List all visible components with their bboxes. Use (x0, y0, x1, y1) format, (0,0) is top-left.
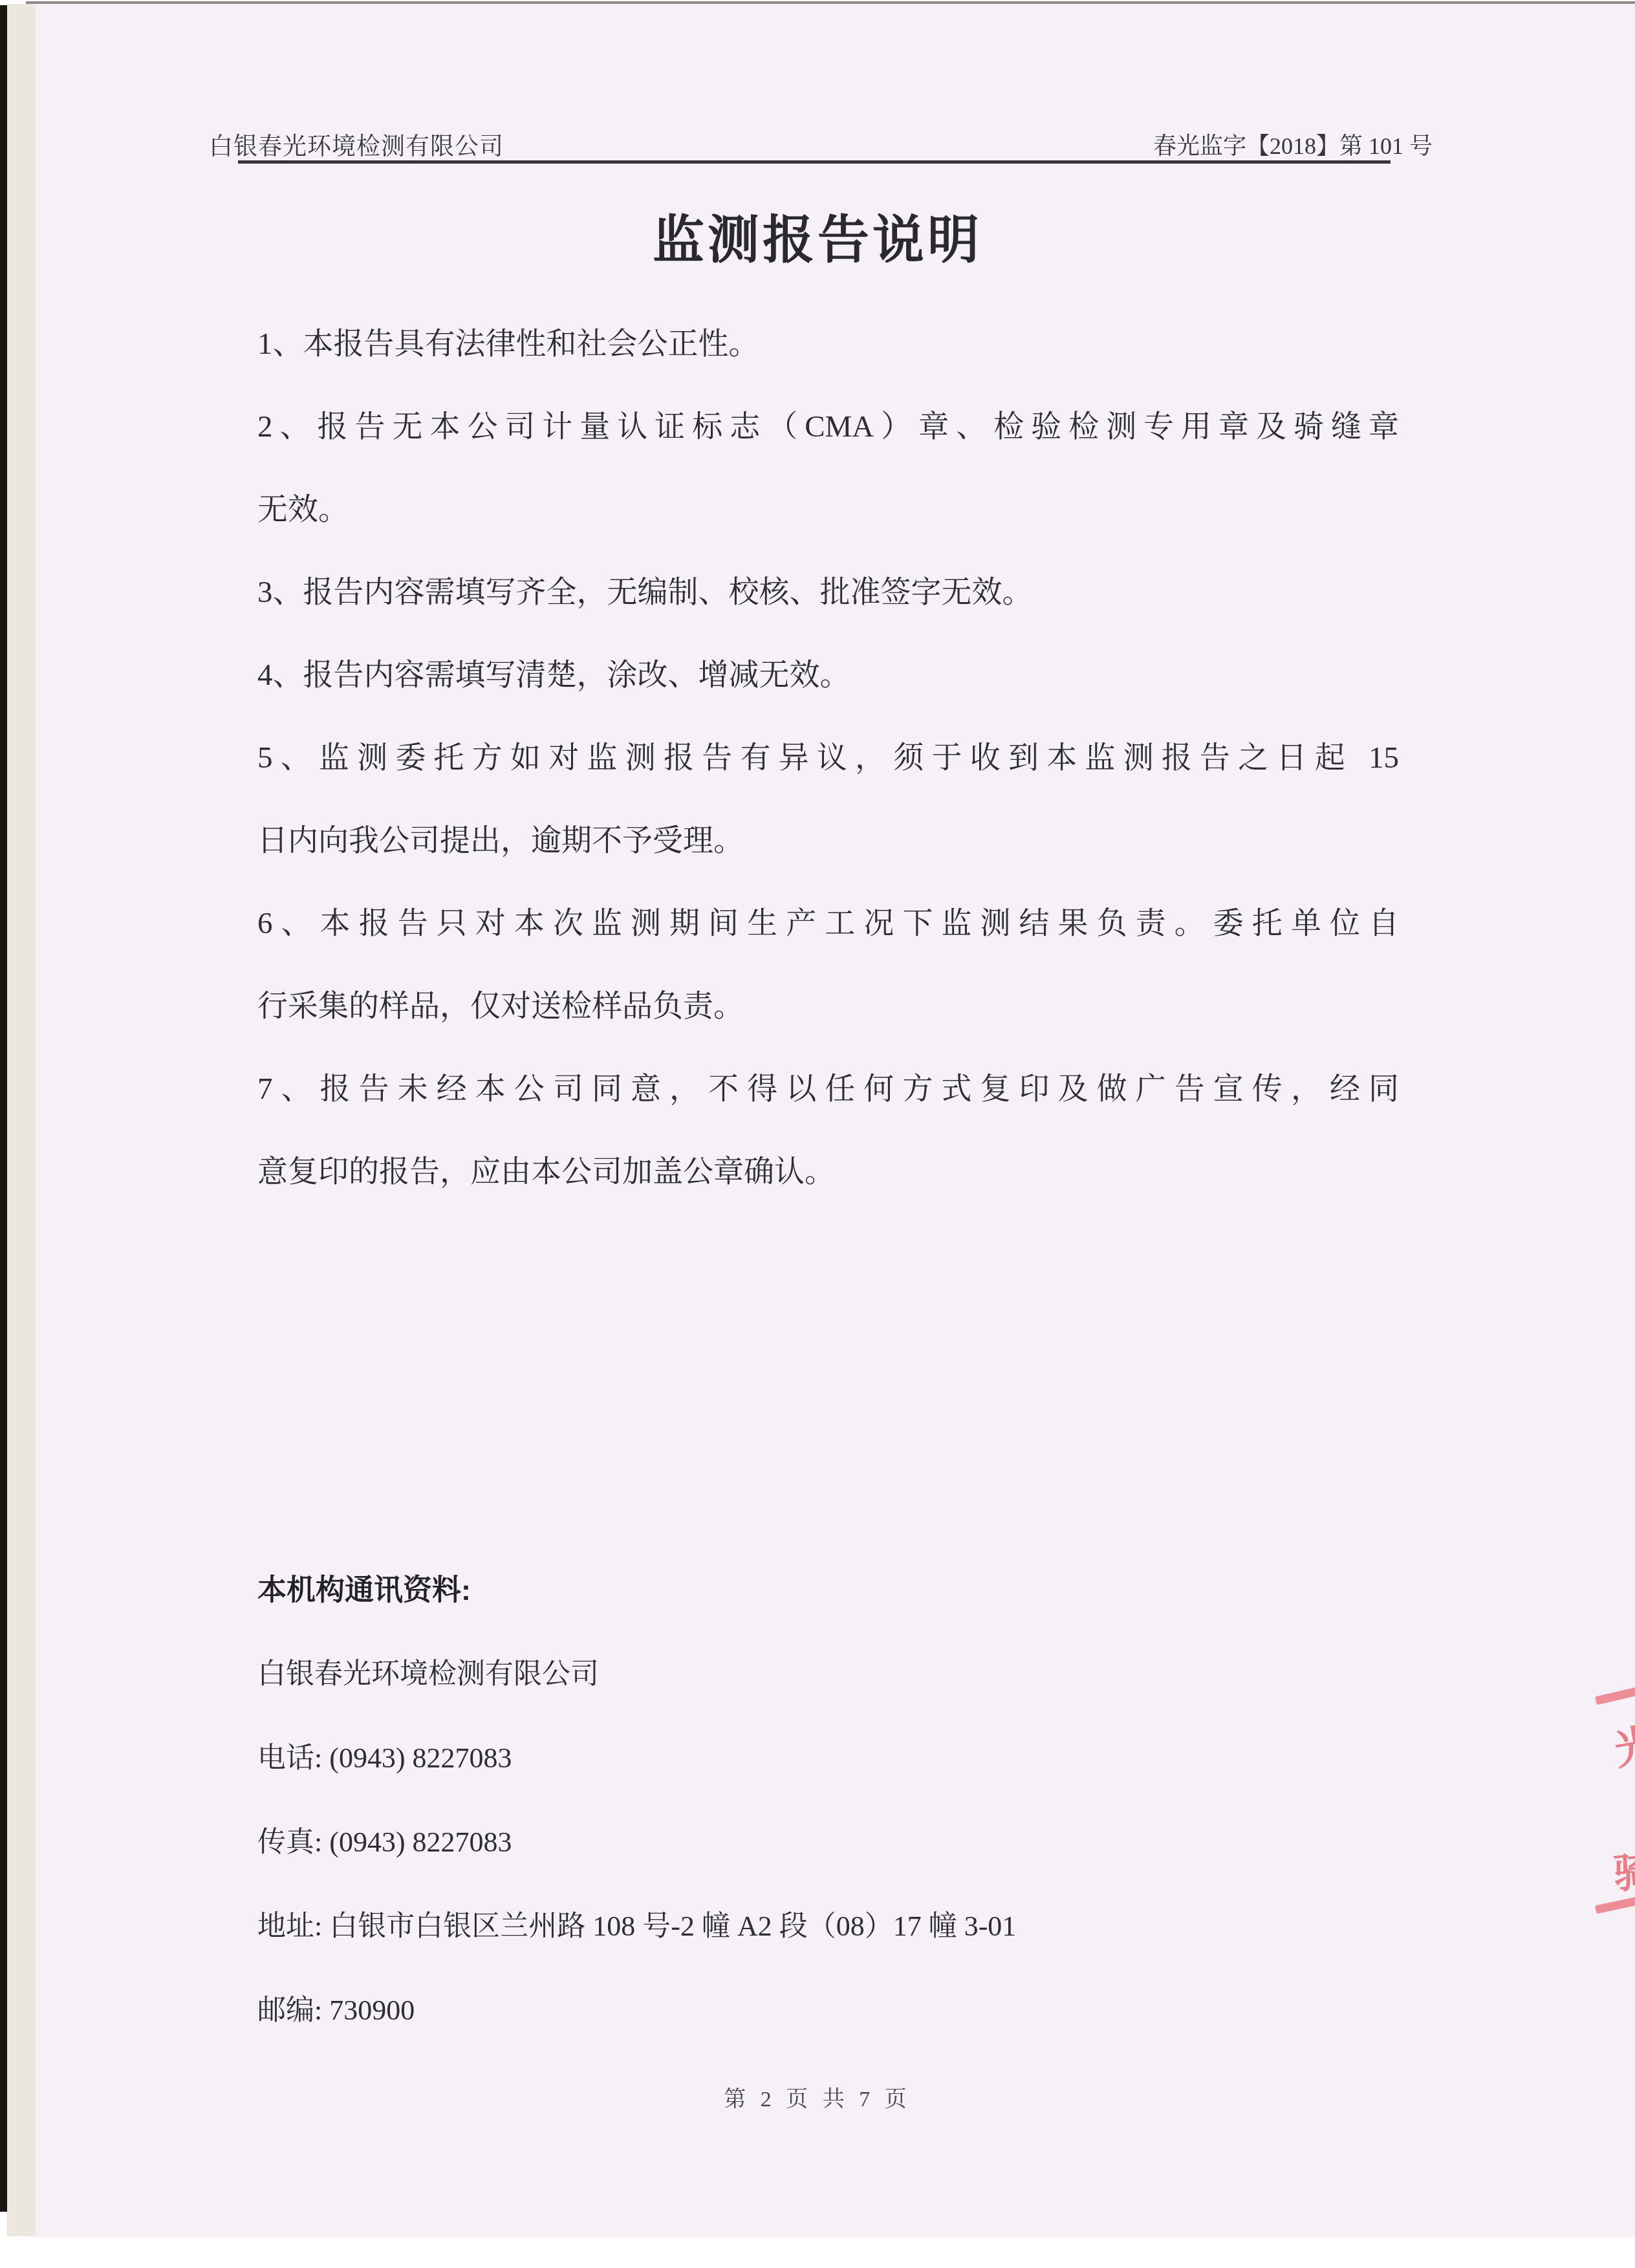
list-item: 5、监测委托方如对监测报告有异议，须于收到本监测报告之日起 15日内向我公司提出… (257, 717, 1399, 882)
stamp-character-bottom: 骑 (1610, 1837, 1635, 1901)
page-number: 第 2 页 共 7 页 (238, 2081, 1397, 2113)
list-item-line: 意复印的报告，应由本公司加盖公章确认。 (257, 1130, 1399, 1213)
contact-line: 地址: 白银市白银区兰州路 108 号-2 幢 A2 段（08）17 幢 3-0… (257, 1885, 1399, 1969)
list-item: 6、本报告只对本次监测期间生产工况下监测结果负责。委托单位自行采集的样品，仅对送… (257, 882, 1399, 1048)
contact-line: 电话: (0943) 8227083 (257, 1716, 1399, 1800)
report-notes-list: 1、本报告具有法律性和社会公正性。2、报告无本公司计量认证标志（CMA）章、检验… (257, 303, 1399, 1213)
contact-heading: 本机构通讯资料: (257, 1548, 1399, 1632)
header-company-name: 白银春光环境检测有限公司 (209, 127, 504, 162)
list-item: 1、本报告具有法律性和社会公正性。 (257, 303, 1399, 385)
list-item-line: 7、报告未经本公司同意，不得以任何方式复印及做广告宣传，经同 (257, 1048, 1399, 1130)
list-item-line: 6、本报告只对本次监测期间生产工况下监测结果负责。委托单位自 (257, 882, 1399, 965)
contact-section: 本机构通讯资料: 白银春光环境检测有限公司电话: (0943) 8227083传… (257, 1548, 1399, 2053)
header-rule (238, 160, 1391, 164)
list-item-line: 日内向我公司提出，逾期不予受理。 (257, 799, 1399, 882)
list-item-line: 1、本报告具有法律性和社会公正性。 (257, 303, 1399, 385)
list-item-line: 行采集的样品，仅对送检样品负责。 (257, 965, 1399, 1048)
document-page: 白银春光环境检测有限公司 春光监字【2018】第 101 号 监测报告说明 1、… (36, 4, 1635, 2238)
stamp-border-top (1595, 1679, 1635, 1705)
scanned-document: 白银春光环境检测有限公司 春光监字【2018】第 101 号 监测报告说明 1、… (0, 0, 1635, 2268)
list-item-line: 4、报告内容需填写清楚，涂改、增减无效。 (257, 634, 1399, 717)
header-doc-number: 春光监字【2018】第 101 号 (1096, 128, 1433, 161)
stamp-character-top: 光 (1609, 1709, 1635, 1777)
contact-line: 白银春光环境检测有限公司 (257, 1632, 1399, 1716)
contact-line: 邮编: 730900 (257, 1969, 1399, 2053)
scan-left-shadow (0, 5, 7, 2212)
list-item-line: 5、监测委托方如对监测报告有异议，须于收到本监测报告之日起 15 (257, 717, 1399, 799)
list-item-line: 无效。 (257, 468, 1399, 551)
seam-stamp-fragment: 光 骑 (1596, 1672, 1635, 1918)
list-item-line: 3、报告内容需填写齐全，无编制、校核、批准签字无效。 (257, 551, 1399, 634)
list-item: 7、报告未经本公司同意，不得以任何方式复印及做广告宣传，经同意复印的报告，应由本… (257, 1048, 1399, 1213)
list-item-line: 2、报告无本公司计量认证标志（CMA）章、检验检测专用章及骑缝章 (257, 385, 1399, 468)
contact-lines: 白银春光环境检测有限公司电话: (0943) 8227083传真: (0943)… (257, 1632, 1399, 2053)
list-item: 2、报告无本公司计量认证标志（CMA）章、检验检测专用章及骑缝章无效。 (257, 385, 1399, 551)
list-item: 4、报告内容需填写清楚，涂改、增减无效。 (257, 634, 1399, 717)
scan-left-margin (7, 4, 36, 2236)
list-item: 3、报告内容需填写齐全，无编制、校核、批准签字无效。 (257, 551, 1399, 634)
contact-line: 传真: (0943) 8227083 (257, 1800, 1399, 1885)
page-title: 监测报告说明 (238, 198, 1397, 272)
